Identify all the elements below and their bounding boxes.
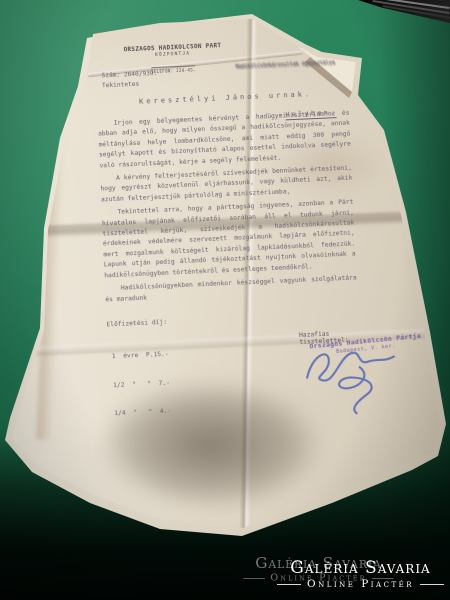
photo-of-document: ORSZÁGOS HADIKÖLCSÖN PÁRT KÖZPONTJA TELE…	[0, 0, 450, 600]
dark-corner-object	[358, 0, 450, 32]
letter-content: ORSZÁGOS HADIKÖLCSÖN PÁRT KÖZPONTJA TELE…	[86, 28, 380, 510]
price-row-quarter: 1/4 " " 4.-	[114, 407, 171, 419]
letterhead-phone: TELEFON: 224-45.	[151, 65, 196, 74]
letter-body: Irjon egy bélyegmentes kérvényt a hadügy…	[97, 109, 357, 320]
salutation-line: Keresztélyi János urnak.	[89, 88, 363, 108]
typed-reference-note: Hadikölcsönkárosultak ügyosztálya Hadikö…	[235, 58, 357, 75]
paragraph-3: Tekintettel arra, hogy a párttagság ingy…	[101, 198, 356, 282]
watermark-rule	[243, 578, 265, 579]
watermark: Galéria Savaria Online Piactér	[277, 559, 444, 590]
subscription-fee-label: Előfizetési díj:	[106, 319, 167, 329]
price-row-year: 1 évre P.15.-	[112, 350, 169, 362]
reference-number: Szám: 2640/939.	[101, 70, 157, 79]
signature-scrawl	[293, 334, 408, 421]
watermark-rule	[420, 584, 444, 585]
watermark-subtitle-text: Online Piactér	[307, 578, 414, 590]
price-row-half: 1/2 " " 7.-	[113, 378, 170, 390]
ink-signature	[293, 334, 408, 421]
watermark-title: Galéria Savaria	[277, 559, 444, 577]
watermark-rule	[277, 584, 301, 585]
watermark-subtitle: Online Piactér	[277, 578, 444, 590]
addressee-intro: Tekintetes	[102, 81, 140, 90]
price-list: 1 évre P.15.- 1/2 " " 7.- 1/4 " " 4.-	[111, 331, 172, 438]
paragraph-1: Irjon egy bélyegmentes kérvényt a hadügy…	[97, 109, 351, 172]
